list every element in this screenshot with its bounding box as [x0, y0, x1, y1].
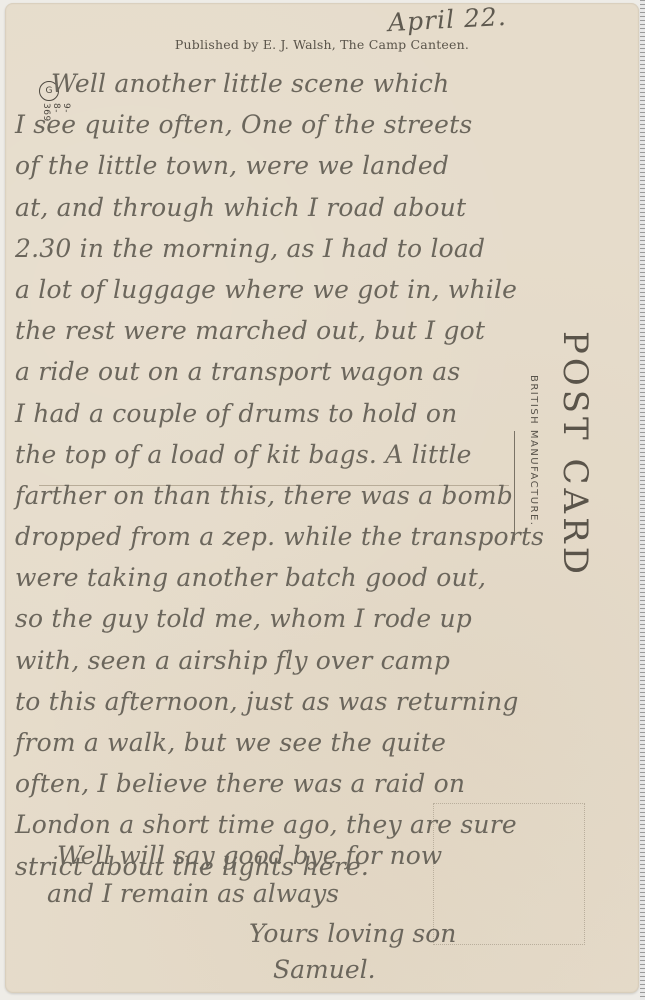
- message-line: from a walk, but we see the quite: [15, 722, 635, 763]
- valediction: Yours loving son: [249, 919, 456, 948]
- message-line: a ride out on a transport wagon as: [15, 351, 635, 392]
- scan-ruler-edge: [640, 0, 645, 1000]
- message-line: were taking another batch good out,: [15, 557, 635, 598]
- message-line: of the little town, were we landed: [15, 145, 635, 186]
- message-line: Well another little scene which: [15, 63, 635, 104]
- message-line: farther on than this, there was a bomb: [15, 475, 635, 516]
- message-line: dropped from a zep. while the transports: [15, 516, 635, 557]
- publisher-line: Published by E. J. Walsh, The Camp Cante…: [5, 37, 639, 52]
- postcard-back: Published by E. J. Walsh, The Camp Cante…: [5, 3, 639, 993]
- closing-line: and I remain as always: [47, 879, 339, 908]
- closing-line: Well will say good bye for now: [57, 841, 442, 870]
- message-line: I see quite often, One of the streets: [15, 104, 635, 145]
- handwritten-date: April 22.: [387, 3, 507, 37]
- message-line: I had a couple of drums to hold on: [15, 393, 635, 434]
- postcard-scan: Published by E. J. Walsh, The Camp Cante…: [0, 0, 645, 1000]
- message-line: London a short time ago, they are sure: [15, 804, 635, 845]
- message-line: often, I believe there was a raid on: [15, 763, 635, 804]
- handwritten-message: Well another little scene which I see qu…: [15, 63, 635, 887]
- message-line: at, and through which I road about: [15, 187, 635, 228]
- message-line: so the guy told me, whom I rode up: [15, 598, 635, 639]
- message-line: 2.30 in the morning, as I had to load: [15, 228, 635, 269]
- message-line: a lot of luggage where we got in, while: [15, 269, 635, 310]
- message-line: with, seen a airship fly over camp: [15, 640, 635, 681]
- message-line: the rest were marched out, but I got: [15, 310, 635, 351]
- message-line: to this afternoon, just as was returning: [15, 681, 635, 722]
- message-line: the top of a load of kit bags. A little: [15, 434, 635, 475]
- signature: Samuel.: [273, 955, 376, 984]
